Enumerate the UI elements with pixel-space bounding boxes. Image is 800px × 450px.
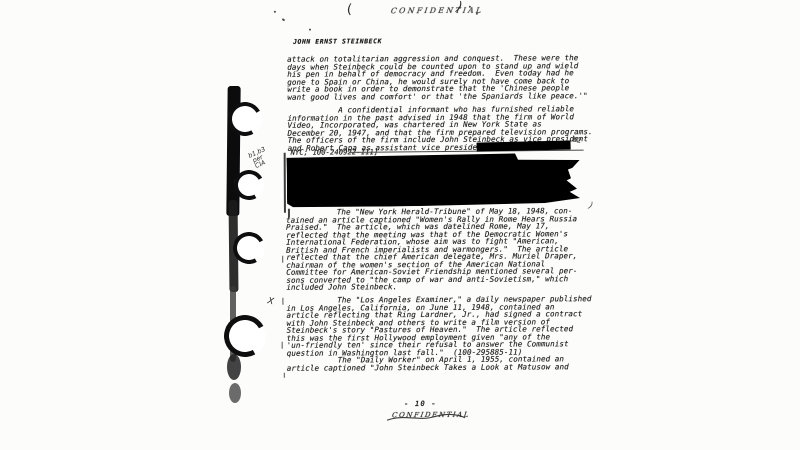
scan-speck [469,6,471,8]
declassification-strike-mark [385,412,467,424]
scan-speck [274,11,276,13]
cia-exemption-note: b1,b3 per CIA [248,147,272,171]
page-number: - 10 - [404,399,437,408]
scan-speck [282,18,286,21]
scan-speck [309,29,311,31]
margin-bracket-mark [284,153,286,213]
paragraph-continuation: attack on totalitarian aggression and co… [287,54,588,101]
margin-tick [282,342,283,349]
pen-x-mark: X [266,296,274,307]
paragraph-herald-tribune: The "New York Herald-Tribune" of May 18,… [286,207,578,291]
paragraph-daily-worker: The "Daily Worker" on April 1, 1955, con… [287,355,569,371]
redaction-block [286,152,580,208]
b2-exemption-note: b2 [572,136,582,145]
pen-squiggle-mark: ) [587,201,594,212]
margin-tick [282,256,283,263]
scanned-page: CONFIDENTIAL ( ) JOHN ERNST STEINBECK at… [0,0,800,450]
margin-tick [282,298,283,305]
page-content: CONFIDENTIAL ( ) JOHN ERNST STEINBECK at… [0,0,800,450]
pen-paren-left-mark: ( [346,2,353,18]
margin-tick [284,373,285,378]
subject-heading: JOHN ERNST STEINBECK [293,37,382,45]
scan-speck [476,12,478,15]
paragraph-la-examiner: The "Los Angeles Examiner," a daily news… [286,295,591,357]
